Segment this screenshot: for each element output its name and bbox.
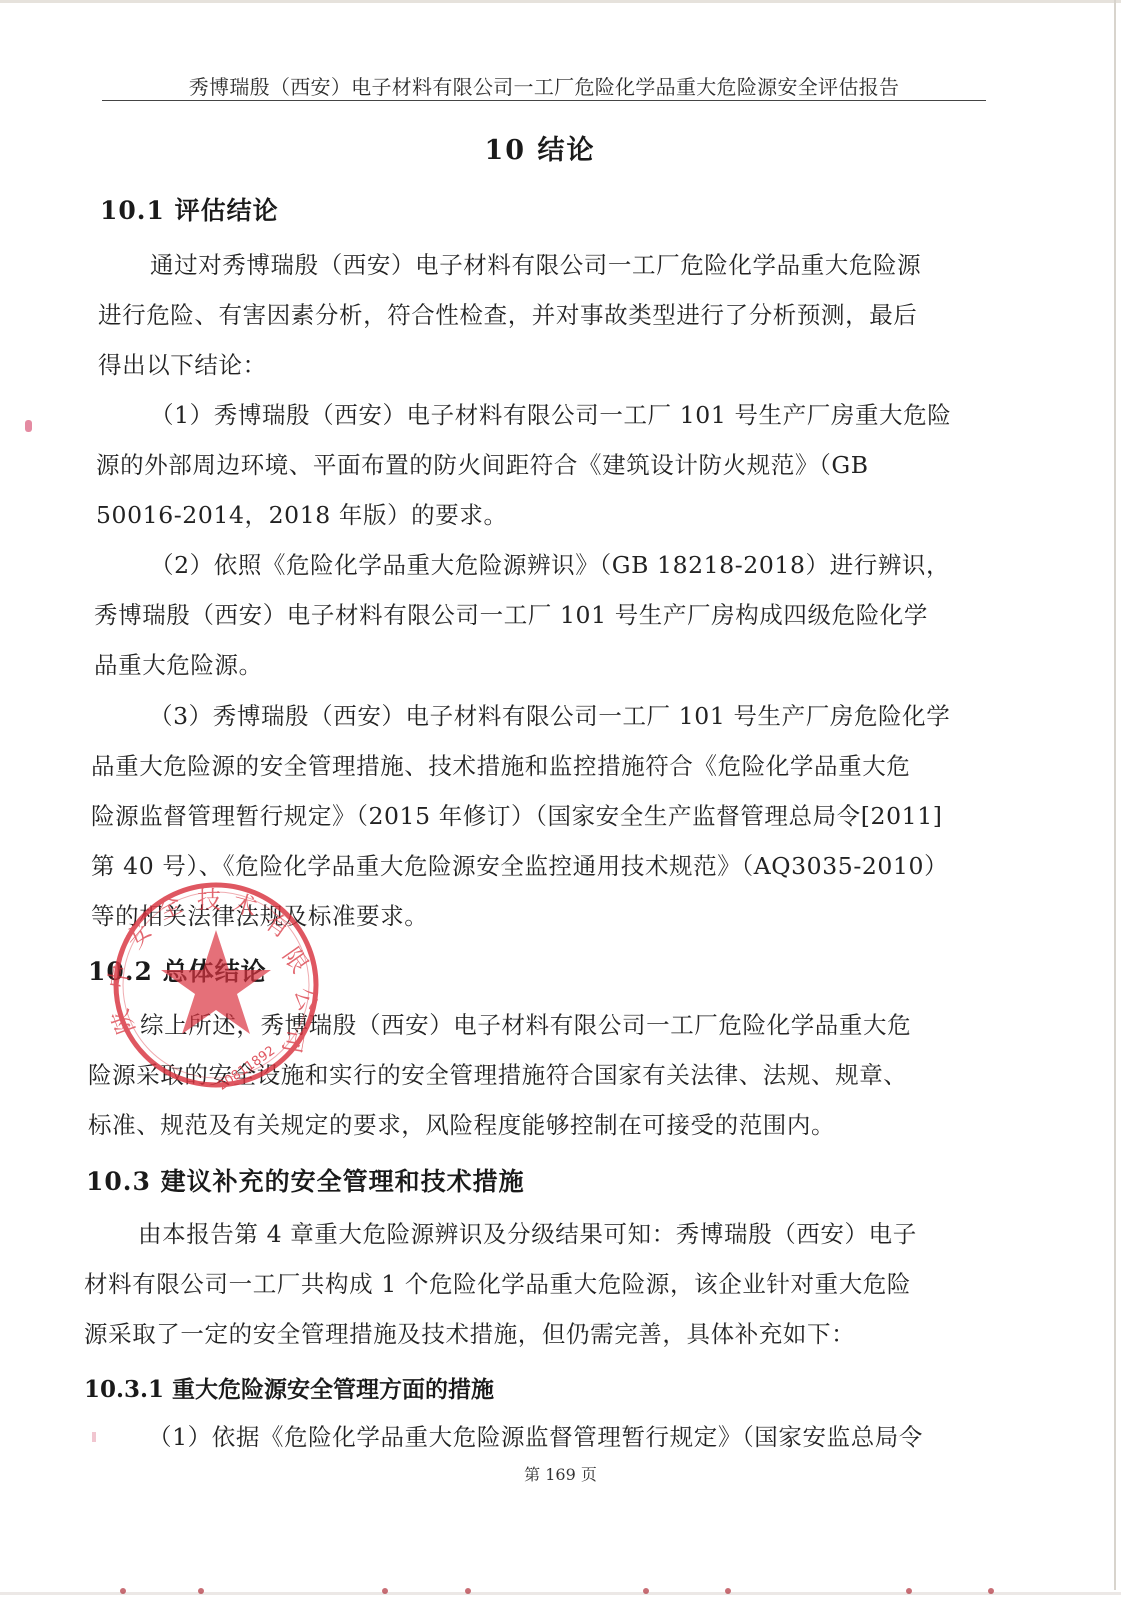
text-line: （1）依据《危险化学品重大危险源监督管理暂行规定》（国家安监总局令 bbox=[84, 1412, 980, 1462]
text-line: 综上所述，秀博瑞殷（西安）电子材料有限公司一工厂危险化学品重大危 bbox=[88, 1000, 983, 1050]
conclusion-item-2: （2）依照《危险化学品重大危险源辨识》（GB 18218-2018）进行辨识， … bbox=[94, 540, 984, 690]
text-line: 进行危险、有害因素分析，符合性检查，并对事故类型进行了分析预测，最后 bbox=[98, 290, 984, 340]
section-heading-10-1: 10.1 评估结论 bbox=[100, 191, 279, 227]
section-10-3-body: 由本报告第 4 章重大危险源辨识及分级结果可知：秀博瑞殷（西安）电子 材料有限公… bbox=[84, 1209, 980, 1359]
text-line: 由本报告第 4 章重大危险源辨识及分级结果可知：秀博瑞殷（西安）电子 bbox=[84, 1209, 980, 1259]
text-line: （3）秀博瑞殷（西安）电子材料有限公司一工厂 101 号生产厂房危险化学 bbox=[91, 691, 984, 741]
chapter-title: 10 结论 bbox=[0, 128, 1080, 167]
conclusion-item-1: （1）秀博瑞殷（西安）电子材料有限公司一工厂 101 号生产厂房重大危险 源的外… bbox=[96, 390, 986, 540]
text-line: 第 40 号）、《危险化学品重大危险源安全监控通用技术规范》（AQ3035-20… bbox=[91, 841, 984, 891]
text-line: （2）依照《危险化学品重大危险源辨识》（GB 18218-2018）进行辨识， bbox=[94, 540, 984, 590]
text-line: 秀博瑞殷（西安）电子材料有限公司一工厂 101 号生产厂房构成四级危险化学 bbox=[94, 590, 984, 640]
svg-text:限: 限 bbox=[277, 942, 314, 978]
text-line: 品重大危险源的安全管理措施、技术措施和监控措施符合《危险化学品重大危 bbox=[91, 741, 984, 791]
text-line: 等的相关法律法规及标准要求。 bbox=[91, 891, 984, 941]
text-line: 通过对秀博瑞殷（西安）电子材料有限公司一工厂危险化学品重大危险源 bbox=[98, 240, 984, 290]
text-line: 险源监督管理暂行规定》（2015 年修订）（国家安全生产监督管理总局令[2011… bbox=[91, 791, 984, 841]
text-line: 险源采取的安全设施和实行的安全管理措施符合国家有关法律、法规、规章、 bbox=[88, 1050, 983, 1100]
page-edge bbox=[1114, 0, 1116, 1590]
subsection-10-3-1-body: （1）依据《危险化学品重大危险源监督管理暂行规定》（国家安监总局令 bbox=[84, 1412, 980, 1462]
section-heading-10-3: 10.3 建议补充的安全管理和技术措施 bbox=[86, 1162, 525, 1198]
section-10-1-intro: 通过对秀博瑞殷（西安）电子材料有限公司一工厂危险化学品重大危险源 进行危险、有害… bbox=[98, 240, 984, 390]
scan-artifact bbox=[25, 420, 32, 432]
text-line: （1）秀博瑞殷（西安）电子材料有限公司一工厂 101 号生产厂房重大危险 bbox=[96, 390, 986, 440]
section-heading-10-2: 10.2 总体结论 bbox=[88, 952, 267, 988]
text-line: 材料有限公司一工厂共构成 1 个危险化学品重大危险源，该企业针对重大危险 bbox=[84, 1259, 980, 1309]
text-line: 源采取了一定的安全管理措施及技术措施，但仍需完善，具体补充如下： bbox=[84, 1309, 980, 1359]
page-number: 第 169 页 bbox=[0, 1462, 1121, 1485]
text-line: 50016-2014，2018 年版）的要求。 bbox=[96, 490, 986, 540]
section-10-2-body: 综上所述，秀博瑞殷（西安）电子材料有限公司一工厂危险化学品重大危 险源采取的安全… bbox=[88, 1000, 983, 1150]
page-edge bbox=[0, 0, 1121, 3]
text-line: 得出以下结论： bbox=[98, 340, 984, 390]
subsection-heading-10-3-1: 10.3.1 重大危险源安全管理方面的措施 bbox=[84, 1371, 494, 1404]
text-line: 品重大危险源。 bbox=[94, 640, 984, 690]
running-header: 秀博瑞殷（西安）电子材料有限公司一工厂危险化学品重大危险源安全评估报告 bbox=[102, 74, 986, 101]
page-edge bbox=[0, 1592, 1121, 1595]
text-line: 源的外部周边环境、平面布置的防火间距符合《建筑设计防火规范》（GB bbox=[96, 440, 986, 490]
text-line: 标准、规范及有关规定的要求，风险程度能够控制在可接受的范围内。 bbox=[88, 1100, 983, 1150]
conclusion-item-3: （3）秀博瑞殷（西安）电子材料有限公司一工厂 101 号生产厂房危险化学 品重大… bbox=[91, 691, 984, 941]
scan-artifact bbox=[92, 1432, 96, 1442]
